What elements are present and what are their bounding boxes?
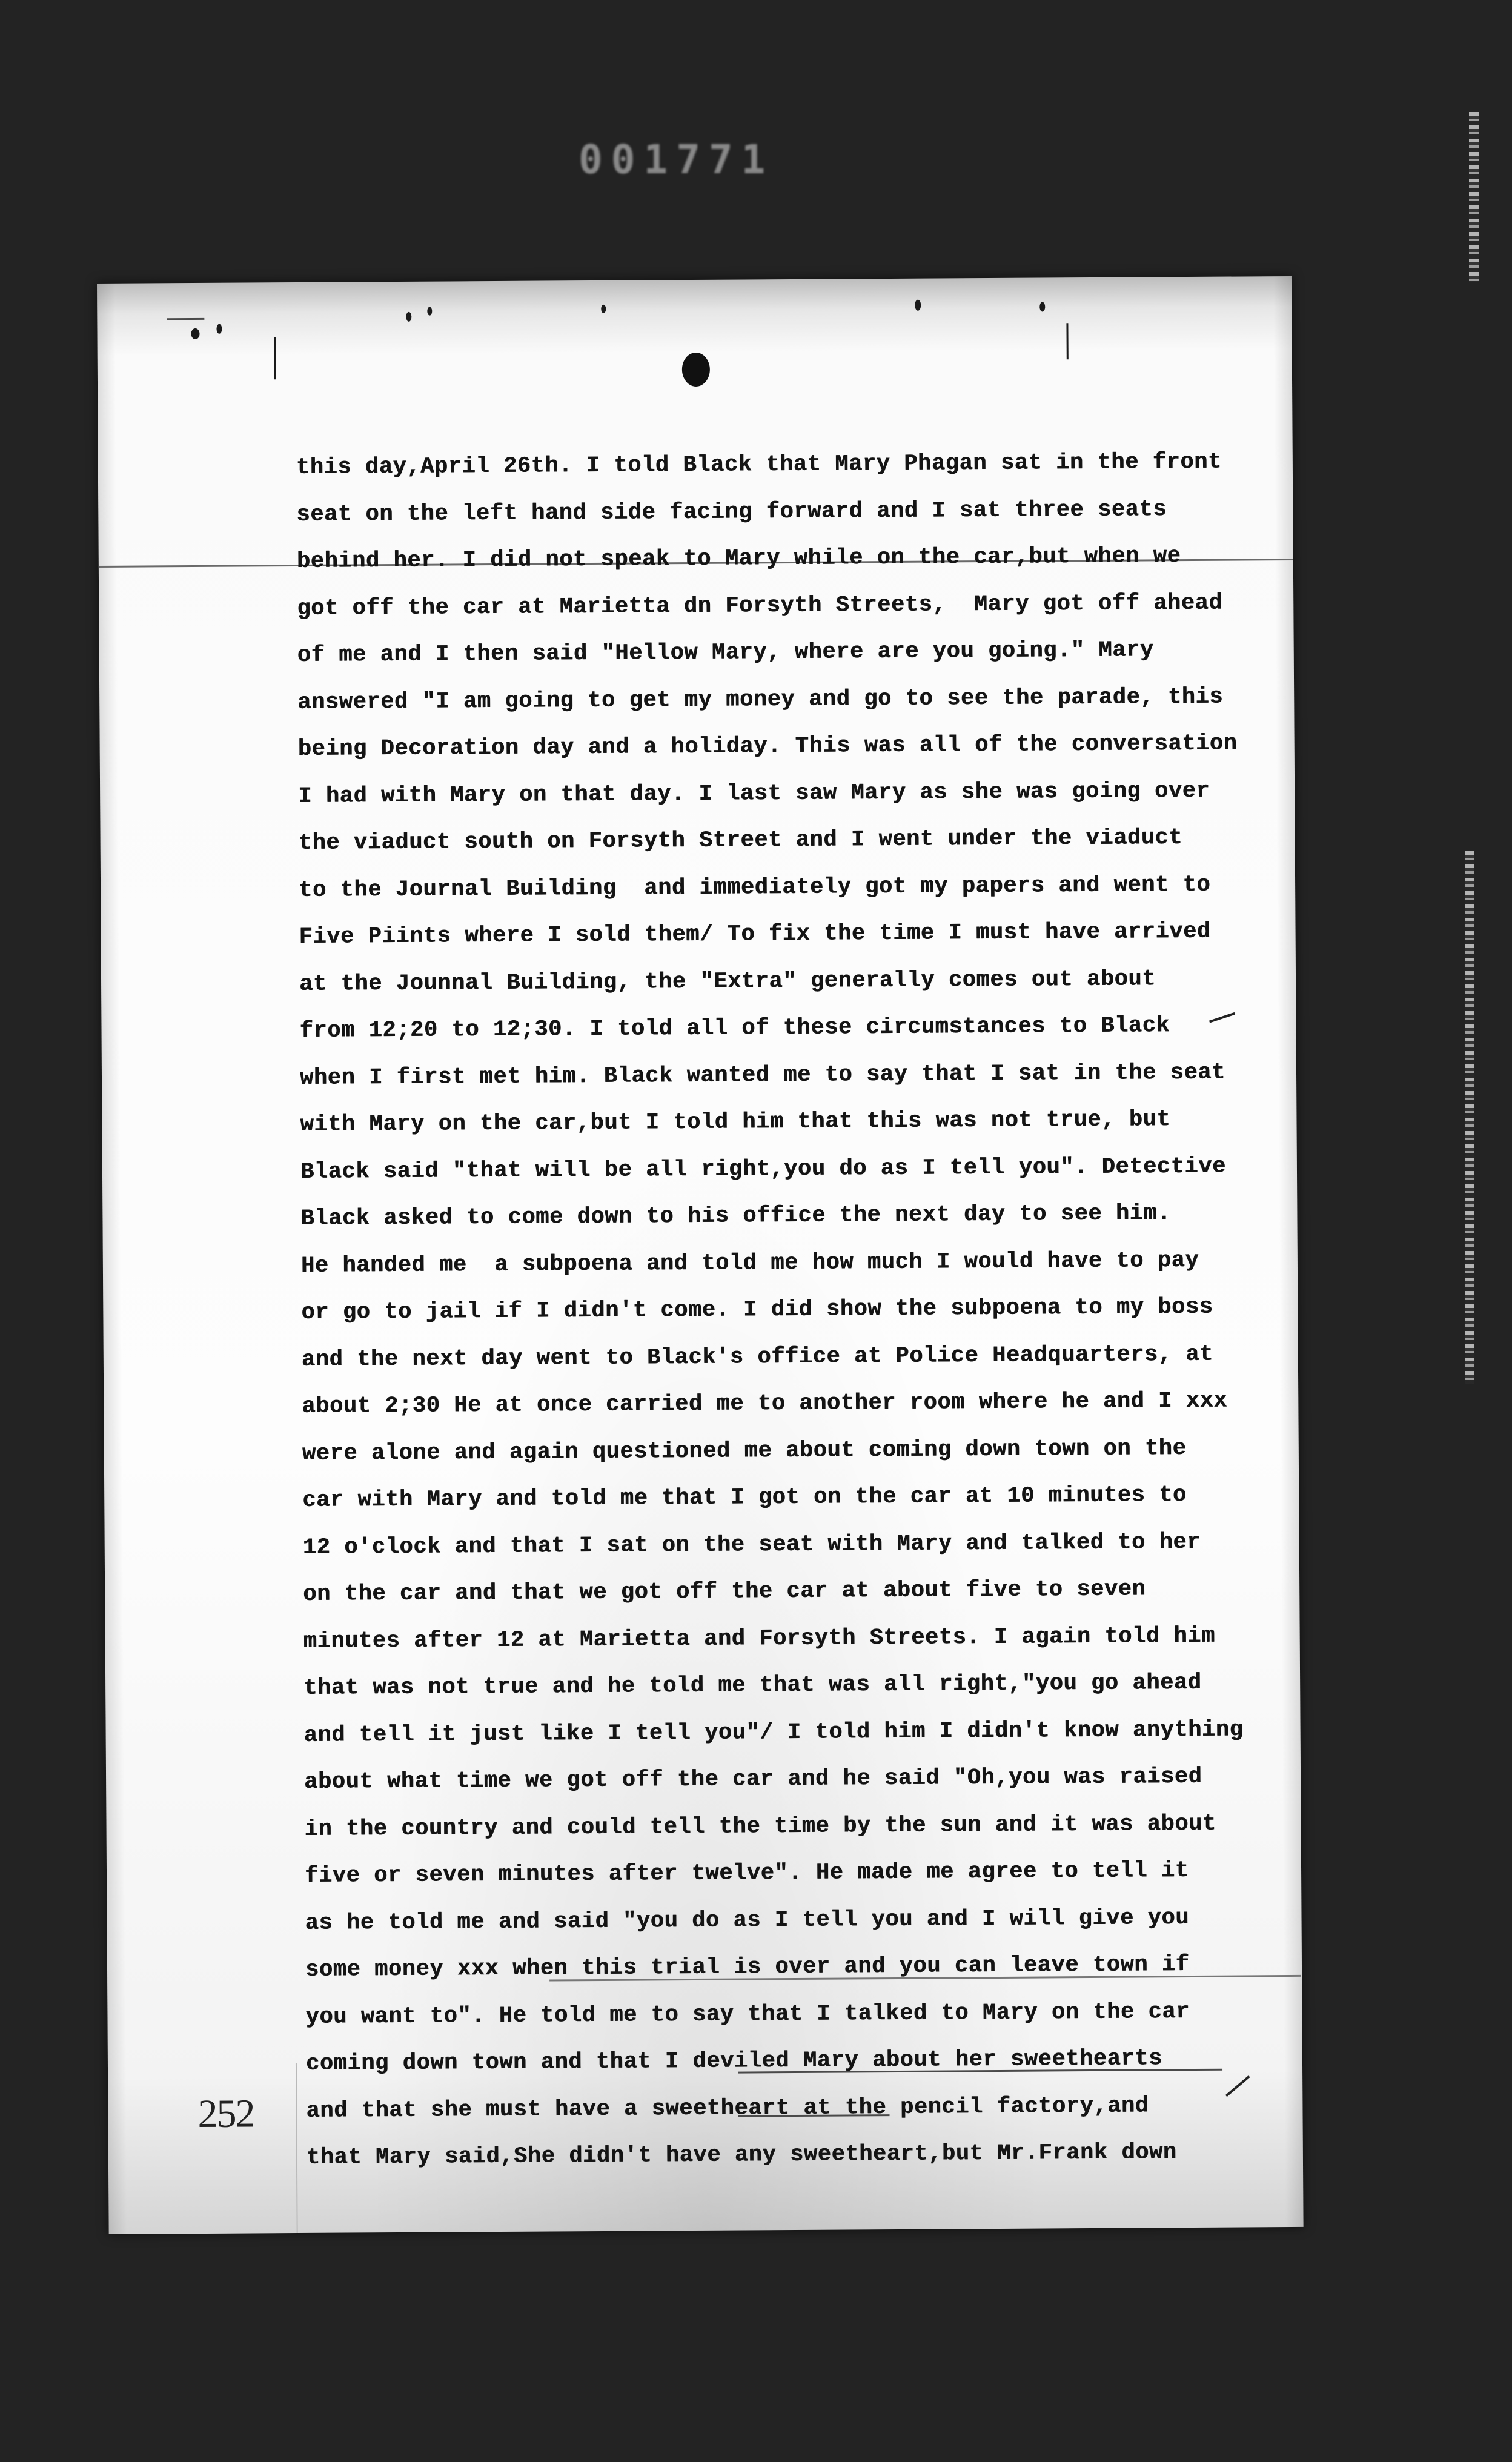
- text-line: that Mary said,She didn't have any sweet…: [307, 2129, 1246, 2182]
- text-line: got off the car at Marietta dn Forsyth S…: [297, 580, 1236, 632]
- text-line: five or seven minutes after twelve". He …: [305, 1847, 1244, 1900]
- text-line: behind her. I did not speak to Mary whil…: [297, 533, 1236, 586]
- text-line: and the next day went to Black's office …: [302, 1331, 1241, 1384]
- ink-speck: [191, 328, 199, 339]
- archive-stamp-number: 001771: [579, 136, 774, 183]
- text-line: Black asked to come down to his office t…: [300, 1190, 1240, 1243]
- text-line: minutes after 12 at Marietta and Forsyth…: [303, 1613, 1242, 1665]
- header-rule: [167, 318, 204, 320]
- left-margin-rule: [296, 2063, 298, 2233]
- text-line: you want to". He told me to say that I t…: [305, 1988, 1245, 2041]
- text-line: about what time we got off the car and h…: [304, 1753, 1244, 1806]
- ink-speck: [915, 300, 921, 311]
- ink-speck: [216, 324, 222, 334]
- typewritten-page: this day,April 26th. I told Black that M…: [97, 276, 1304, 2234]
- ink-speck: [427, 307, 432, 316]
- text-line: Black said "that will be all right,you d…: [300, 1143, 1240, 1196]
- text-line: this day,April 26th. I told Black that M…: [296, 439, 1236, 492]
- text-line: and tell it just like I tell you"/ I tol…: [303, 1707, 1243, 1759]
- text-line: in the country and could tell the time b…: [304, 1800, 1244, 1853]
- text-line: or go to jail if I didn't come. I did sh…: [301, 1284, 1241, 1336]
- bracket-mark: [1066, 323, 1068, 359]
- text-line: Five Piints where I sold them/ To fix th…: [299, 909, 1238, 961]
- punch-hole: [682, 353, 710, 387]
- text-line: when I first met him. Black wanted me to…: [300, 1049, 1239, 1102]
- ink-speck: [601, 305, 606, 313]
- text-line: about 2;30 He at once carried me to anot…: [302, 1378, 1241, 1430]
- text-line: some money xxx when this trial is over a…: [305, 1941, 1245, 1994]
- text-line: car with Mary and told me that I got on …: [302, 1472, 1242, 1524]
- text-line: coming down town and that I deviled Mary…: [306, 2035, 1245, 2088]
- scanner-edge-strip-top: [1469, 112, 1479, 282]
- scanner-edge-strip-middle: [1465, 851, 1474, 1384]
- text-line: at the Jounnal Building, the "Extra" gen…: [299, 955, 1239, 1008]
- page-number: 252: [197, 2091, 254, 2137]
- typed-text-body: this day,April 26th. I told Black that M…: [296, 439, 1246, 2182]
- text-line: answered "I am going to get my money and…: [297, 674, 1237, 726]
- text-line: and that she must have a sweetheart at t…: [306, 2082, 1245, 2135]
- text-line: I had with Mary on that day. I last saw …: [298, 768, 1238, 820]
- text-line: of me and I then said "Hellow Mary, wher…: [297, 627, 1237, 680]
- text-line: He handed me a subpoena and told me how …: [301, 1237, 1241, 1290]
- text-line: being Decoration day and a holiday. This…: [297, 721, 1237, 774]
- text-line: to the Journal Building and immediately …: [299, 861, 1238, 914]
- ink-speck: [1039, 302, 1045, 311]
- text-line: as he told me and said "you do as I tell…: [305, 1894, 1244, 1947]
- text-line: with Mary on the car,but I told him that…: [300, 1097, 1239, 1149]
- bracket-mark: [274, 337, 276, 379]
- text-line: seat on the left hand side facing forwar…: [296, 486, 1236, 539]
- text-line: that was not true and he told me that wa…: [303, 1659, 1243, 1712]
- text-line: from 12;20 to 12;30. I told all of these…: [299, 1003, 1239, 1055]
- text-line: were alone and again questioned me about…: [302, 1425, 1242, 1478]
- text-line: the viaduct south on Forsyth Street and …: [298, 815, 1238, 868]
- text-line: on the car and that we got off the car a…: [303, 1565, 1242, 1618]
- text-line: 12 o'clock and that I sat on the seat wi…: [303, 1519, 1242, 1571]
- ink-speck: [406, 312, 411, 322]
